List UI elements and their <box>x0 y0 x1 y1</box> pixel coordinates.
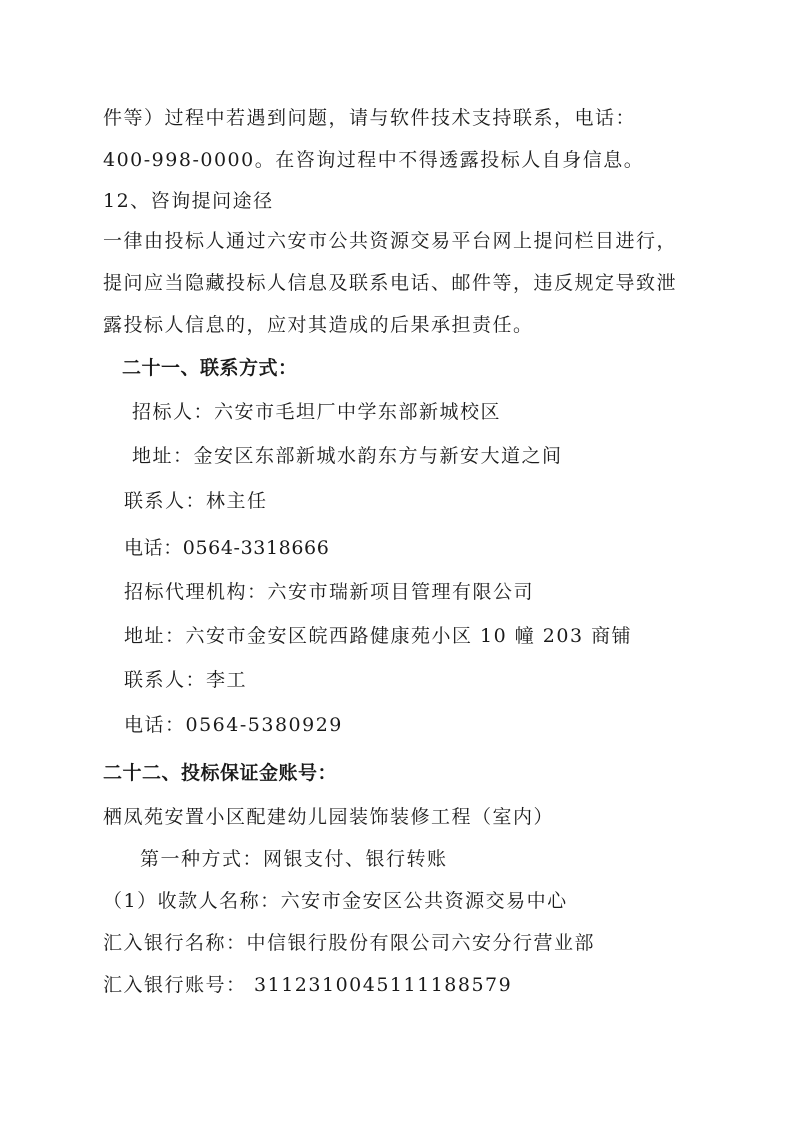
paragraph-consult-rule-2: 提问应当隐藏投标人信息及联系电话、邮件等，违反规定导致泄 <box>103 271 677 295</box>
payee-name: （1）收款人名称：六安市金安区公共资源交易中心 <box>103 889 568 913</box>
bank-account-number: 汇入银行账号： 3112310045111188579 <box>103 973 512 997</box>
paragraph-consult-rule-3: 露投标人信息的，应对其造成的后果承担责任。 <box>103 313 534 337</box>
paragraph-support-phone: 400-998-0000。在咨询过程中不得透露投标人自身信息。 <box>103 148 644 172</box>
bank-name: 汇入银行名称：中信银行股份有限公司六安分行营业部 <box>103 931 595 955</box>
agency-contact-person: 联系人：李工 <box>124 668 247 692</box>
section-heading-contact: 二十一、联系方式： <box>122 356 298 380</box>
tenderer-phone: 电话：0564-3318666 <box>124 536 329 560</box>
payment-method: 第一种方式：网银支付、银行转账 <box>140 847 448 871</box>
tenderer-address: 地址：金安区东部新城水韵东方与新安大道之间 <box>132 444 563 468</box>
paragraph-consult-rule-1: 一律由投标人通过六安市公共资源交易平台网上提问栏目进行， <box>103 229 677 253</box>
document-page: 件等）过程中若遇到问题，请与软件技术支持联系，电话： 400-998-0000。… <box>0 0 794 1122</box>
tenderer-name: 招标人：六安市毛坦厂中学东部新城校区 <box>132 400 501 424</box>
agency-name: 招标代理机构：六安市瑞新项目管理有限公司 <box>124 580 534 604</box>
tenderer-contact-person: 联系人：林主任 <box>124 489 268 513</box>
agency-phone: 电话：0564-5380929 <box>124 713 343 737</box>
project-name: 栖凤苑安置小区配建幼儿园装饰装修工程（室内） <box>103 805 554 829</box>
agency-address: 地址：六安市金安区皖西路健康苑小区 10 幢 203 商铺 <box>124 624 632 648</box>
paragraph-support-contact: 件等）过程中若遇到问题，请与软件技术支持联系，电话： <box>103 106 636 130</box>
subheading-consult-channel: 12、咨询提问途径 <box>103 189 274 213</box>
section-heading-deposit-account: 二十二、投标保证金账号： <box>103 761 337 785</box>
